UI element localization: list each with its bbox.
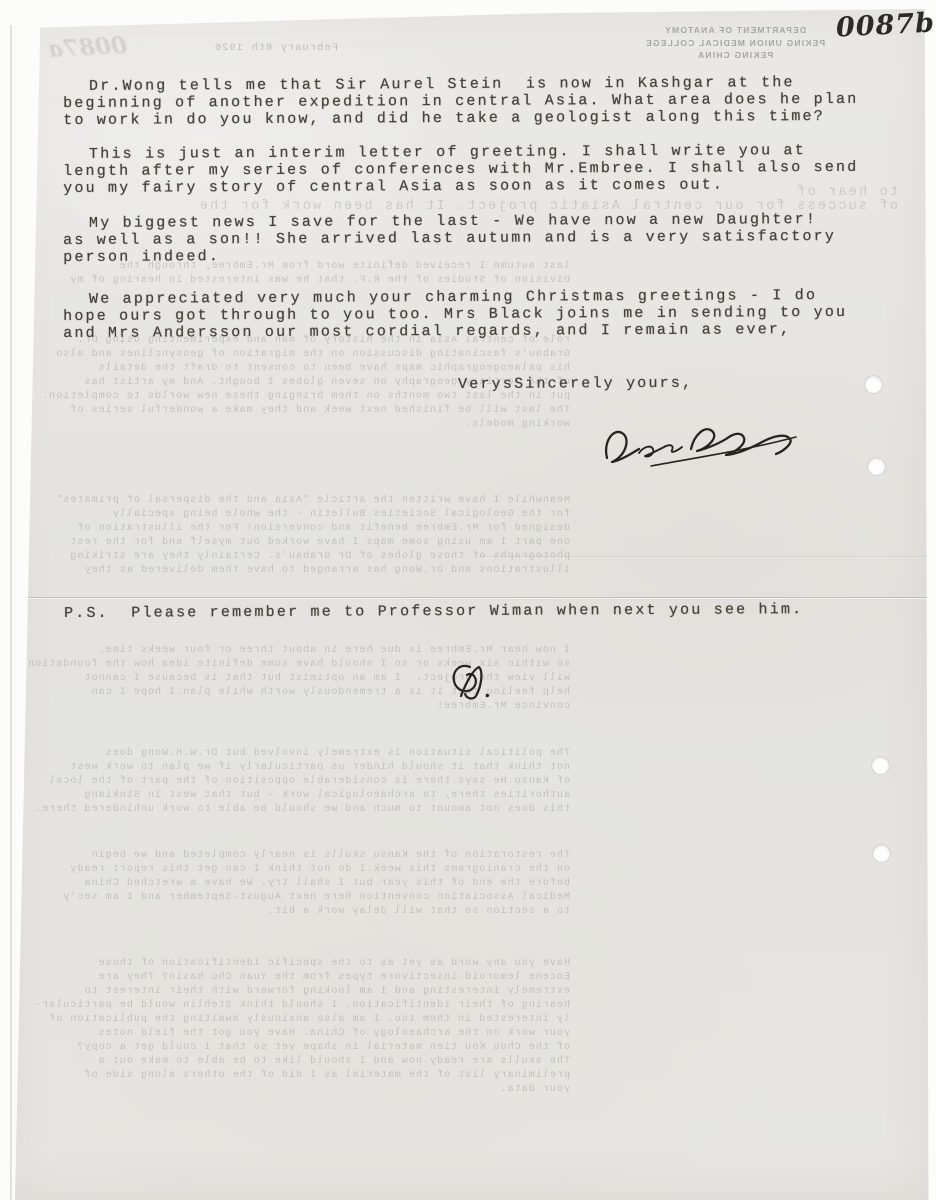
text-line: PEKING CHINA xyxy=(640,49,830,62)
text-line: on the craniograms this week.I do not th… xyxy=(30,863,570,877)
text-line: his palaeogeographic maps have been to c… xyxy=(30,362,570,376)
text-line: I now hear Mr.Embree is due here in abou… xyxy=(30,644,570,658)
text-line: designed for Mr.Embree benefit and conve… xyxy=(30,522,570,536)
letter-paragraph: My biggest news I save for the last - We… xyxy=(63,211,836,266)
bleedthrough-text: Meanwhile I have written the article "As… xyxy=(30,494,570,578)
text-line: person indeed. xyxy=(63,245,836,266)
text-line: to a section so that will delay work a b… xyxy=(30,905,570,919)
text-line: The skulls are ready now and I should li… xyxy=(30,1055,570,1069)
text-line: to work in do you know, and did he take … xyxy=(63,108,858,129)
bleedthrough-text: The political situation is extremely inv… xyxy=(30,747,570,817)
bleedthrough-page-number: 0087a xyxy=(47,32,127,63)
text-line: ly interested in them too. I am also anx… xyxy=(30,1013,570,1027)
punch-hole xyxy=(872,757,889,774)
text-line: hearing of their identification. I shoul… xyxy=(30,999,570,1013)
punch-hole xyxy=(873,845,890,862)
text-line: and Mrs Andersson our most cordial regar… xyxy=(63,321,847,342)
postscript-line: P.S. Please remember me to Professor Wim… xyxy=(64,601,803,622)
text-line: not think that it should hinder us parti… xyxy=(30,761,570,775)
text-line: illustrations and Dr.Wong has arranged t… xyxy=(30,564,570,578)
catalog-number-annotation: 0087b xyxy=(835,7,936,43)
text-line: your work on the archaeology of China. H… xyxy=(30,1027,570,1041)
text-line: of the Chou Kou tien material in shape y… xyxy=(30,1041,570,1055)
letter-paragraph: This is just an interim letter of greeti… xyxy=(63,142,859,197)
punch-hole xyxy=(868,458,885,475)
text-line: Eocene lemuroid-insectivore types from t… xyxy=(30,971,570,985)
punch-hole xyxy=(865,376,882,393)
letter-sheet: 0087a DEPARTMENT OF ANATOMYPEKING UNION … xyxy=(0,0,936,1200)
letter-paragraph: Dr.Wong tells me that Sir Aurel Stein is… xyxy=(63,74,859,129)
text-line: The last will be finished next week and … xyxy=(30,404,570,418)
text-line: this does not amount to much and we shou… xyxy=(30,803,570,817)
letter-paragraph: We appreciated very much your charming C… xyxy=(63,287,847,342)
text-line: your data. xyxy=(30,1083,570,1097)
closing-salutation: VerysSincerely yours, xyxy=(458,375,693,393)
text-line: DEPARTMENT OF ANATOMY xyxy=(640,24,830,37)
text-line: Grabau's fascinating discussion on the m… xyxy=(30,348,570,362)
text-line: The political situation is extremely inv… xyxy=(30,747,570,761)
text-line: Medical Association convention here next… xyxy=(30,891,570,905)
text-line: extremely interesting and I am looking f… xyxy=(30,985,570,999)
text-line: Meanwhile I have written the article "As… xyxy=(30,494,570,508)
scanner-edge-shadow xyxy=(10,25,12,1200)
text-line: Have you any word as yet as to the speci… xyxy=(30,957,570,971)
text-line: for the Geological Societies Bulletin - … xyxy=(30,508,570,522)
text-line: preliminary list of the material as I di… xyxy=(30,1069,570,1083)
bleedthrough-letterhead: DEPARTMENT OF ANATOMYPEKING UNION MEDICA… xyxy=(640,24,830,62)
text-line: working models. xyxy=(30,418,570,432)
text-line: one part I am using some maps I have wor… xyxy=(30,536,570,550)
text-line: before the end of this year but I shall … xyxy=(30,877,570,891)
signature-davidson-black xyxy=(593,418,803,483)
bleedthrough-date: February 8th 1926 xyxy=(170,42,338,54)
monogram-initials xyxy=(443,658,493,709)
text-line: PEKING UNION MEDICAL COLLEGE xyxy=(640,37,830,50)
bleedthrough-text: The restoration of the Kansu skulls is n… xyxy=(30,849,570,919)
fold-crease xyxy=(15,597,927,598)
text-line: Division of Studies of the R.F. that he … xyxy=(30,274,570,288)
text-line: authorities there, to archaeological wor… xyxy=(30,789,570,803)
fold-crease xyxy=(480,556,930,557)
bleedthrough-text: Have you any word as yet as to the speci… xyxy=(30,957,570,1097)
text-line: of Kansu.He says there is considerable o… xyxy=(30,775,570,789)
text-line: The restoration of the Kansu skulls is n… xyxy=(30,849,570,863)
